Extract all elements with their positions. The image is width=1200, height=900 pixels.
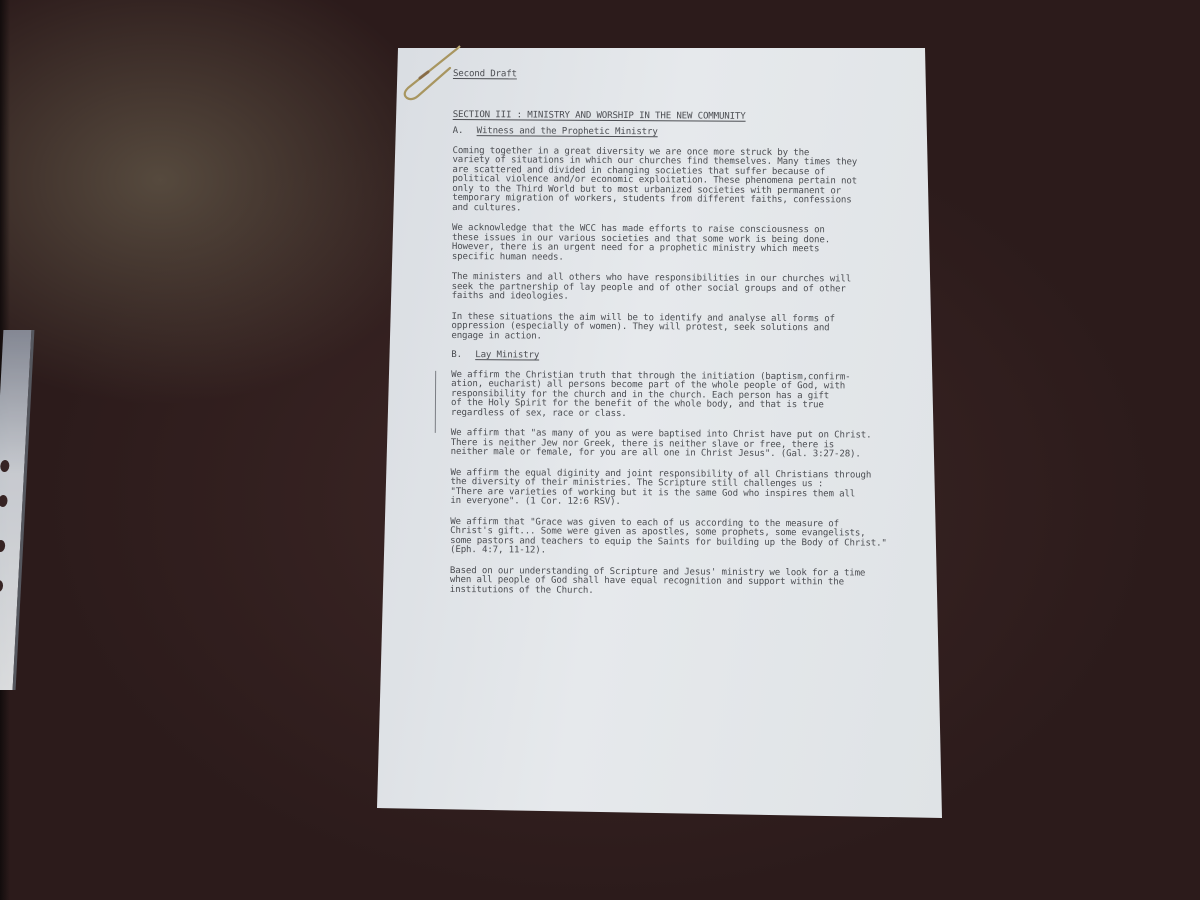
subsection-letter: B. (451, 351, 475, 361)
punch-hole (0, 495, 8, 507)
subsection-a-heading: A.Witness and the Prophetic Ministry (453, 127, 913, 139)
subsection-letter: A. (453, 127, 477, 137)
marked-paragraph: We affirm the Christian truth that throu… (451, 370, 911, 420)
subsection-title: Lay Ministry (475, 350, 539, 360)
paperclip-icon (398, 44, 468, 104)
paragraph: We affirm that "Grace was given to each … (450, 517, 910, 558)
paragraph: We affirm the Christian truth that throu… (451, 370, 911, 420)
plastic-sleeve (0, 330, 34, 690)
page-content: Second Draft SECTION III : MINISTRY AND … (450, 70, 913, 609)
subsection-title: Witness and the Prophetic Ministry (477, 126, 658, 137)
paragraph: Coming together in a great diversity we … (452, 146, 912, 215)
punch-hole (0, 460, 10, 472)
punch-hole (0, 540, 5, 552)
subsection-b-heading: B.Lay Ministry (451, 351, 911, 363)
section-title-text: SECTION III : MINISTRY AND WORSHIP IN TH… (453, 109, 746, 121)
paragraph: We acknowledge that the WCC has made eff… (452, 224, 912, 265)
paragraph: In these situations the aim will be to i… (451, 312, 911, 343)
paragraph: We affirm the equal diginity and joint r… (450, 468, 910, 509)
paragraph: Based on our understanding of Scripture … (450, 566, 910, 597)
document-page: Second Draft SECTION III : MINISTRY AND … (377, 48, 942, 818)
paragraph: The ministers and all others who have re… (452, 273, 912, 304)
draft-label: Second Draft (453, 70, 913, 82)
margin-mark (435, 370, 436, 432)
paragraph: We affirm that "as many of you as were b… (451, 429, 911, 460)
punch-hole (0, 580, 3, 592)
section-title: SECTION III : MINISTRY AND WORSHIP IN TH… (453, 110, 913, 122)
